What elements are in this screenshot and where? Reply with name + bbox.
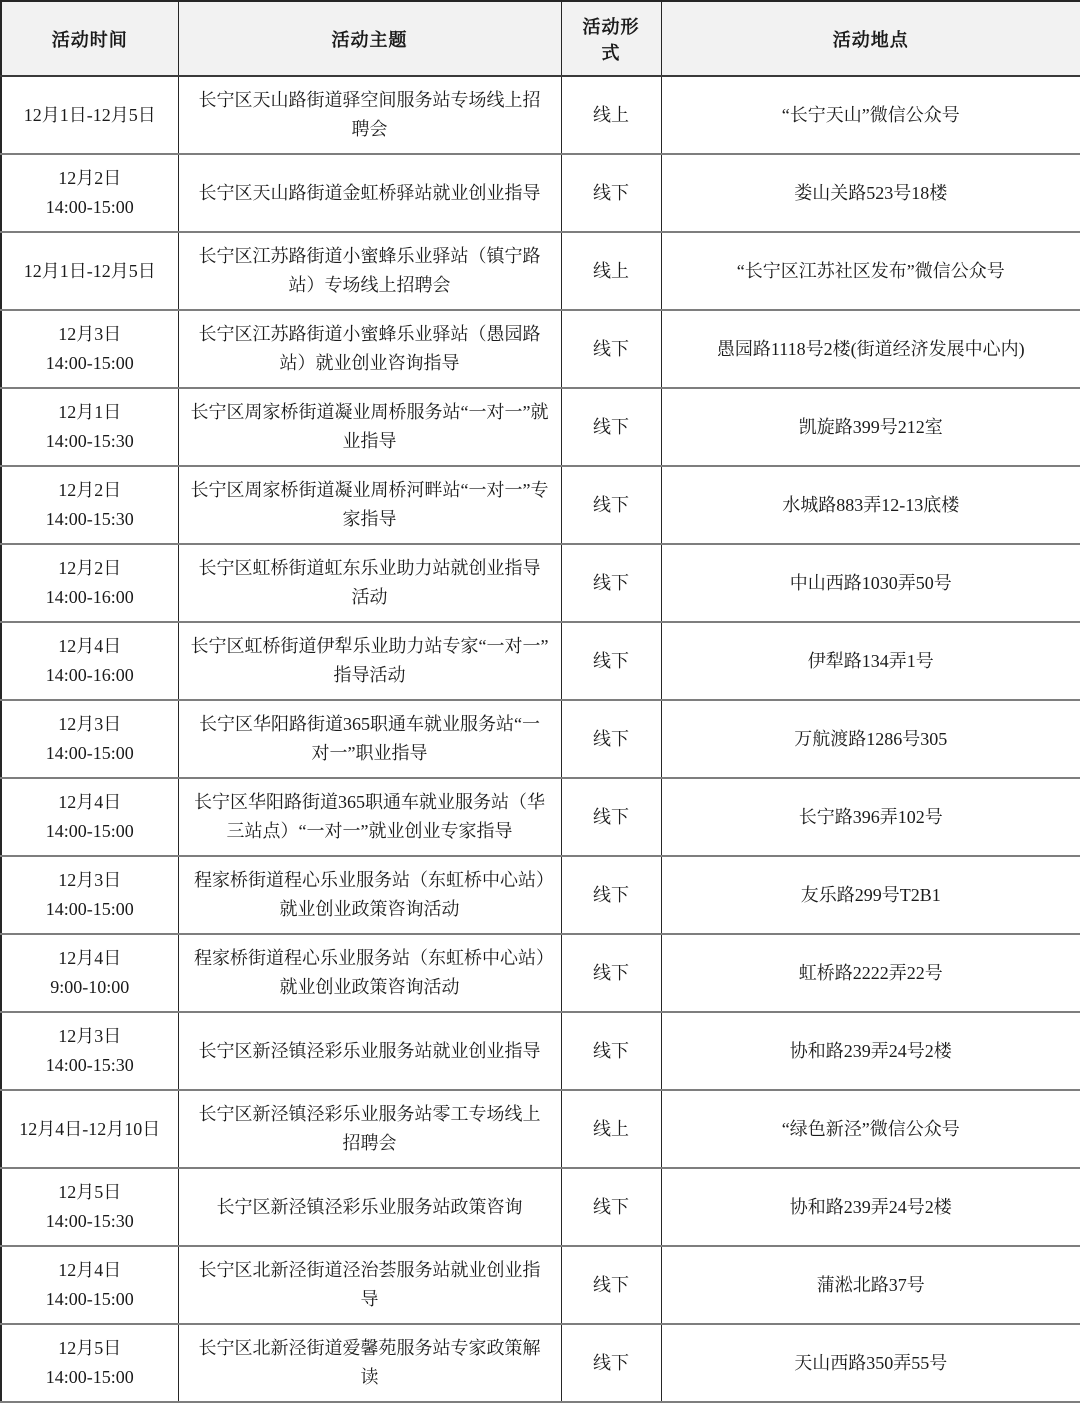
cell-activity-time: 12月4日 14:00-16:00 [1,622,178,700]
table-row: 12月4日 14:00-15:00 长宁区华阳路街道365职通车就业服务站（华三… [1,778,1080,856]
table-header: 活动时间 活动主题 活动形式 活动地点 [1,1,1080,76]
cell-activity-time: 12月1日 14:00-15:30 [1,388,178,466]
cell-activity-time: 12月2日 14:00-15:00 [1,154,178,232]
cell-activity-location: 中山西路1030弄50号 [661,544,1080,622]
cell-activity-theme: 长宁区周家桥街道凝业周桥河畔站“一对一”专家指导 [178,466,561,544]
cell-activity-theme: 程家桥街道程心乐业服务站（东虹桥中心站）就业创业政策咨询活动 [178,856,561,934]
cell-activity-time: 12月1日-12月5日 [1,232,178,310]
cell-activity-form: 线上 [561,1090,661,1168]
cell-activity-location: 天山西路350弄55号 [661,1324,1080,1402]
cell-activity-time: 12月3日 14:00-15:00 [1,700,178,778]
table-row: 12月2日 14:00-15:30 长宁区周家桥街道凝业周桥河畔站“一对一”专家… [1,466,1080,544]
cell-activity-location: 娄山关路523号18楼 [661,154,1080,232]
cell-activity-time: 12月5日 14:00-15:00 [1,1324,178,1402]
cell-activity-theme: 长宁区江苏路街道小蜜蜂乐业驿站（愚园路站）就业创业咨询指导 [178,310,561,388]
table-row: 12月1日-12月5日 长宁区江苏路街道小蜜蜂乐业驿站（镇宁路站）专场线上招聘会… [1,232,1080,310]
table-row: 12月4日 14:00-15:00 长宁区北新泾街道泾治荟服务站就业创业指导 线… [1,1246,1080,1324]
cell-activity-theme: 长宁区天山路街道驿空间服务站专场线上招聘会 [178,76,561,154]
cell-activity-location: 愚园路1118号2楼(街道经济发展中心内) [661,310,1080,388]
cell-activity-location: 水城路883弄12-13底楼 [661,466,1080,544]
cell-activity-location: 万航渡路1286号305 [661,700,1080,778]
cell-activity-location: “长宁区江苏社区发布”微信公众号 [661,232,1080,310]
cell-activity-form: 线下 [561,154,661,232]
cell-activity-theme: 长宁区虹桥街道虹东乐业助力站就创业指导活动 [178,544,561,622]
cell-activity-location: 长宁路396弄102号 [661,778,1080,856]
table-row: 12月4日 9:00-10:00 程家桥街道程心乐业服务站（东虹桥中心站）就业创… [1,934,1080,1012]
cell-activity-form: 线下 [561,622,661,700]
table-row: 12月3日 14:00-15:30 长宁区新泾镇泾彩乐业服务站就业创业指导 线下… [1,1012,1080,1090]
cell-activity-location: “绿色新泾”微信公众号 [661,1090,1080,1168]
cell-activity-form: 线下 [561,466,661,544]
cell-activity-time: 12月2日 14:00-16:00 [1,544,178,622]
table-row: 12月3日 14:00-15:00 长宁区华阳路街道365职通车就业服务站“一对… [1,700,1080,778]
table-row: 12月3日 14:00-15:00 程家桥街道程心乐业服务站（东虹桥中心站）就业… [1,856,1080,934]
header-activity-time: 活动时间 [1,1,178,76]
cell-activity-time: 12月3日 14:00-15:00 [1,856,178,934]
cell-activity-location: 虹桥路2222弄22号 [661,934,1080,1012]
cell-activity-form: 线下 [561,1324,661,1402]
cell-activity-form: 线下 [561,310,661,388]
table-body: 12月1日-12月5日 长宁区天山路街道驿空间服务站专场线上招聘会 线上 “长宁… [1,76,1080,1402]
cell-activity-theme: 长宁区江苏路街道小蜜蜂乐业驿站（镇宁路站）专场线上招聘会 [178,232,561,310]
cell-activity-form: 线下 [561,388,661,466]
cell-activity-theme: 长宁区华阳路街道365职通车就业服务站（华三站点）“一对一”就业创业专家指导 [178,778,561,856]
cell-activity-theme: 长宁区新泾镇泾彩乐业服务站零工专场线上招聘会 [178,1090,561,1168]
cell-activity-time: 12月5日 14:00-15:30 [1,1168,178,1246]
header-activity-form: 活动形式 [561,1,661,76]
cell-activity-time: 12月2日 14:00-15:30 [1,466,178,544]
cell-activity-location: 协和路239弄24号2楼 [661,1012,1080,1090]
cell-activity-time: 12月4日 14:00-15:00 [1,1246,178,1324]
cell-activity-location: “长宁天山”微信公众号 [661,76,1080,154]
cell-activity-time: 12月4日 14:00-15:00 [1,778,178,856]
cell-activity-form: 线下 [561,1012,661,1090]
cell-activity-location: 凯旋路399号212室 [661,388,1080,466]
table-row: 12月5日 14:00-15:30 长宁区新泾镇泾彩乐业服务站政策咨询 线下 协… [1,1168,1080,1246]
table-row: 12月1日-12月5日 长宁区天山路街道驿空间服务站专场线上招聘会 线上 “长宁… [1,76,1080,154]
cell-activity-theme: 长宁区天山路街道金虹桥驿站就业创业指导 [178,154,561,232]
cell-activity-form: 线下 [561,700,661,778]
table-row: 12月5日 14:00-15:00 长宁区北新泾街道爱馨苑服务站专家政策解读 线… [1,1324,1080,1402]
activity-schedule-table: 活动时间 活动主题 活动形式 活动地点 12月1日-12月5日 长宁区天山路街道… [0,0,1080,1403]
cell-activity-time: 12月3日 14:00-15:00 [1,310,178,388]
table-row: 12月1日 14:00-15:30 长宁区周家桥街道凝业周桥服务站“一对一”就业… [1,388,1080,466]
cell-activity-form: 线下 [561,1168,661,1246]
cell-activity-theme: 长宁区周家桥街道凝业周桥服务站“一对一”就业指导 [178,388,561,466]
cell-activity-theme: 长宁区北新泾街道爱馨苑服务站专家政策解读 [178,1324,561,1402]
cell-activity-theme: 程家桥街道程心乐业服务站（东虹桥中心站）就业创业政策咨询活动 [178,934,561,1012]
cell-activity-time: 12月3日 14:00-15:30 [1,1012,178,1090]
cell-activity-theme: 长宁区虹桥街道伊犁乐业助力站专家“一对一”指导活动 [178,622,561,700]
table-row: 12月4日 14:00-16:00 长宁区虹桥街道伊犁乐业助力站专家“一对一”指… [1,622,1080,700]
cell-activity-form: 线下 [561,1246,661,1324]
table-row: 12月2日 14:00-16:00 长宁区虹桥街道虹东乐业助力站就创业指导活动 … [1,544,1080,622]
table-row: 12月4日-12月10日 长宁区新泾镇泾彩乐业服务站零工专场线上招聘会 线上 “… [1,1090,1080,1168]
cell-activity-form: 线下 [561,934,661,1012]
cell-activity-location: 蒲淞北路37号 [661,1246,1080,1324]
cell-activity-form: 线上 [561,232,661,310]
cell-activity-location: 伊犁路134弄1号 [661,622,1080,700]
cell-activity-time: 12月1日-12月5日 [1,76,178,154]
cell-activity-time: 12月4日 9:00-10:00 [1,934,178,1012]
header-activity-theme: 活动主题 [178,1,561,76]
cell-activity-form: 线上 [561,76,661,154]
header-activity-location: 活动地点 [661,1,1080,76]
cell-activity-theme: 长宁区北新泾街道泾治荟服务站就业创业指导 [178,1246,561,1324]
cell-activity-form: 线下 [561,778,661,856]
cell-activity-form: 线下 [561,856,661,934]
cell-activity-time: 12月4日-12月10日 [1,1090,178,1168]
table-row: 12月3日 14:00-15:00 长宁区江苏路街道小蜜蜂乐业驿站（愚园路站）就… [1,310,1080,388]
cell-activity-theme: 长宁区华阳路街道365职通车就业服务站“一对一”职业指导 [178,700,561,778]
cell-activity-theme: 长宁区新泾镇泾彩乐业服务站就业创业指导 [178,1012,561,1090]
cell-activity-location: 协和路239弄24号2楼 [661,1168,1080,1246]
cell-activity-location: 友乐路299号T2B1 [661,856,1080,934]
header-row: 活动时间 活动主题 活动形式 活动地点 [1,1,1080,76]
table-row: 12月2日 14:00-15:00 长宁区天山路街道金虹桥驿站就业创业指导 线下… [1,154,1080,232]
cell-activity-form: 线下 [561,544,661,622]
cell-activity-theme: 长宁区新泾镇泾彩乐业服务站政策咨询 [178,1168,561,1246]
